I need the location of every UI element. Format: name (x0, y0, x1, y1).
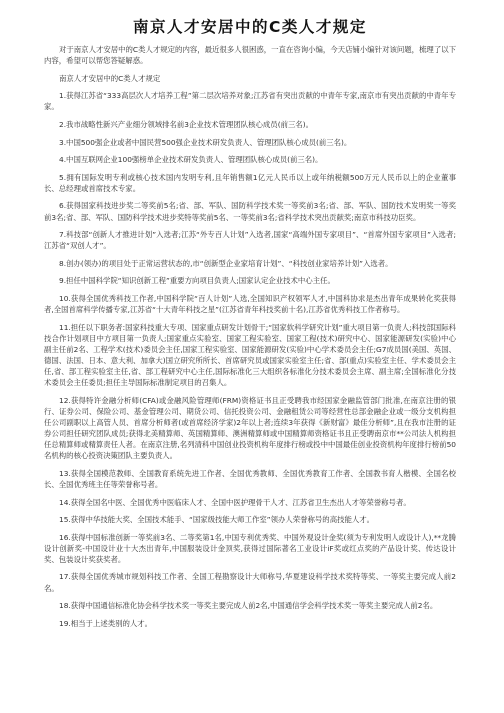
list-item: 6.获得国家科技进步奖二等奖前5名;省、部、军队、国防科学技术奖一等奖前3名;省… (44, 200, 456, 222)
list-item: 16.获得中国标准创新一等奖前3名、二等奖第1名,中国专利优秀奖、中国外观设计金… (44, 532, 456, 565)
list-item: 18.获得中国通信标准化协会科学技术奖一等奖主要完成人前2名,中国通信学会科学技… (44, 600, 456, 611)
list-item: 3.中国500强企业或者中国民营500强企业技术研发负责人、管理团队核心成员(前… (44, 137, 456, 148)
list-item: 4.中国互联网企业100强榜单企业技术研发负责人、管理团队核心成员(前三名)。 (44, 154, 456, 165)
list-item: 11.担任以下职务者:国家科技重大专项、国家重点研发计划骨干;“国家软科学研究计… (44, 322, 456, 389)
document-page: 南京人才安居中的C类人才规定 对于南京人才安居中的C类人才规定的内容，最近很多人… (44, 0, 456, 635)
list-item: 12.获得特许金融分析师(CFA)或金融风险管理师(FRM)资格证书且正受聘我市… (44, 395, 456, 462)
list-item: 8.创办(领办)的项目处于正常运营状态的,市“创新型企业家培育计划”、“科技创业… (44, 258, 456, 269)
list-item: 2.我市战略性新兴产业细分领域排名前3企业技术管理团队核心成员(前三名)。 (44, 119, 456, 130)
list-item: 7.科技部“创新人才推进计划”入选者;江苏“外专百人计划”入选者,国家“高端外国… (44, 229, 456, 251)
list-item: 15.获得中华技能大奖、全国技术能手、“国家级技能大师工作室”领办人荣誉称号的高… (44, 514, 456, 525)
list-item: 10.获得全国优秀科技工作者,中国科学院“百人计划”人选,全国知识产权领军人才,… (44, 293, 456, 315)
list-item: 9.担任中国科学院“知识创新工程”重要方向项目负责人;国家认定企业技术中心主任。 (44, 275, 456, 286)
document-title: 南京人才安居中的C类人才规定 (44, 0, 456, 44)
intro-paragraph: 对于南京人才安居中的C类人才规定的内容，最近很多人很困惑，一直在咨询小编，今天店… (44, 44, 456, 66)
list-item: 17.获得全国优秀城市规划科技工作者、全国工程勘察设计大师称号,华夏建设科学技术… (44, 571, 456, 593)
list-item: 5.拥有国际发明专利或核心技术国内发明专利,且年销售额1亿元人民币以上或年纳税额… (44, 172, 456, 194)
list-item: 1.获得江苏省“333高层次人才培养工程”第二层次培养对象;江苏省有突出贡献的中… (44, 90, 456, 112)
list-item: 19.相当于上述类别的人才。 (44, 618, 456, 629)
list-item: 14.获得全国名中医、全国优秀中医临床人才、全国中医护理骨干人才、江苏省卫生杰出… (44, 497, 456, 508)
section-subtitle: 南京人才安居中的C类人才规定 (44, 73, 456, 84)
list-item: 13.获得全国模范教师、全国教育系统先进工作者、全国优秀教师、全国优秀教育工作者… (44, 468, 456, 490)
